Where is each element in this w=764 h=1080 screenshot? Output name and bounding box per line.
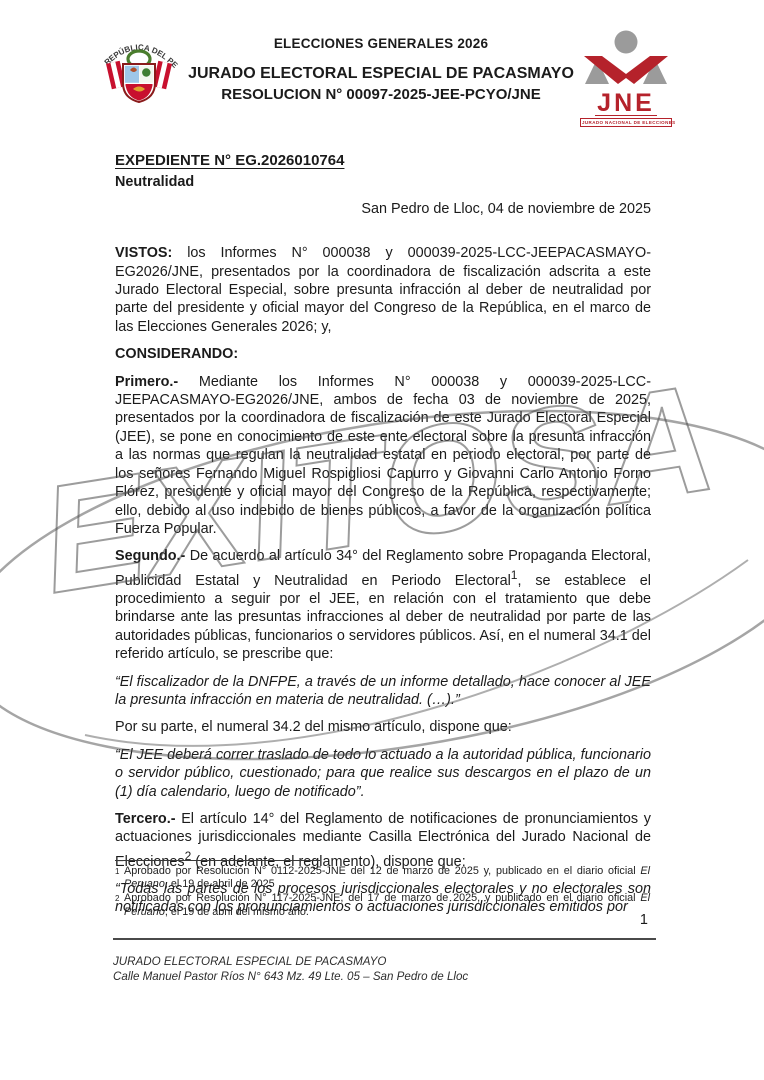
footnote-2-tail: , el 19 de abril del mismo año. xyxy=(165,906,309,918)
footnote-1-tail: , el 19 de abril de 2025 xyxy=(165,878,275,890)
footnote-1: 1 Aprobado por Resolución N° 0112-2025-J… xyxy=(115,865,650,891)
footnote-2: 2 Aprobado por Resolución N° 117-2025-JN… xyxy=(115,892,650,918)
footer-org-name: JURADO ELECTORAL ESPECIAL DE PACASMAYO xyxy=(113,954,656,969)
quote-34-1: “El fiscalizador de la DNFPE, a través d… xyxy=(115,673,651,710)
segundo-label: Segundo.- xyxy=(115,548,185,564)
document-page: EXITOSA REPÚBLICA DEL PERÚ xyxy=(0,0,764,1080)
footnote-divider xyxy=(115,860,320,861)
resolution-number: RESOLUCION N° 00097-2025-JEE-PCYO/JNE xyxy=(182,86,580,103)
vistos-paragraph: VISTOS: los Informes N° 000038 y 000039-… xyxy=(115,244,651,336)
expediente-number: EXPEDIENTE N° EG.2026010764 xyxy=(115,152,651,170)
footnotes-section: 1 Aprobado por Resolución N° 0112-2025-J… xyxy=(115,860,650,920)
jne-caption: JURADO NACIONAL DE ELECCIONES xyxy=(580,118,672,127)
dateline: San Pedro de Lloc, 04 de noviembre de 20… xyxy=(115,200,651,218)
jne-acronym: JNE xyxy=(595,91,657,116)
primero-paragraph: Primero.- Mediante los Informes N° 00003… xyxy=(115,373,651,539)
election-title: ELECCIONES GENERALES 2026 xyxy=(182,36,580,51)
jne-emblem-icon xyxy=(582,30,670,86)
footnote-2-text: Aprobado por Resolución N° 117-2025-JNE,… xyxy=(124,892,650,918)
tercero-label: Tercero.- xyxy=(115,811,176,827)
peru-coat-of-arms-logo: REPÚBLICA DEL PERÚ xyxy=(96,26,182,127)
quote-34-2: “El JEE deberá correr traslado de todo l… xyxy=(115,746,651,801)
vistos-label: VISTOS: xyxy=(115,245,172,261)
vistos-text: los Informes N° 000038 y 000039-2025-LCC… xyxy=(115,245,651,335)
footnote-1-text: Aprobado por Resolución N° 0112-2025-JNE… xyxy=(124,865,650,891)
por-su-parte-paragraph: Por su parte, el numeral 34.2 del mismo … xyxy=(115,718,651,736)
considerando-heading: CONSIDERANDO: xyxy=(115,345,651,363)
document-header: REPÚBLICA DEL PERÚ xyxy=(96,26,672,127)
primero-label: Primero.- xyxy=(115,374,178,390)
page-footer: JURADO ELECTORAL ESPECIAL DE PACASMAYO C… xyxy=(113,938,656,984)
header-titles: ELECCIONES GENERALES 2026 JURADO ELECTOR… xyxy=(182,26,580,103)
primero-text: Mediante los Informes N° 000038 y 000039… xyxy=(115,374,651,537)
segundo-paragraph: Segundo.- De acuerdo al artículo 34° del… xyxy=(115,547,651,663)
footer-divider xyxy=(113,938,656,940)
page-number: 1 xyxy=(640,912,648,928)
document-body: EXPEDIENTE N° EG.2026010764 Neutralidad … xyxy=(115,152,651,926)
footnote-2-body: Aprobado por Resolución N° 117-2025-JNE,… xyxy=(124,892,640,904)
peru-coat-of-arms-icon: REPÚBLICA DEL PERÚ xyxy=(96,26,182,122)
footnote-1-body: Aprobado por Resolución N° 0112-2025-JNE… xyxy=(124,865,640,877)
case-subject: Neutralidad xyxy=(115,173,651,191)
footnote-1-marker: 1 xyxy=(115,865,124,891)
organization-name: JURADO ELECTORAL ESPECIAL DE PACASMAYO xyxy=(182,65,580,83)
footer-address: Calle Manuel Pastor Ríos N° 643 Mz. 49 L… xyxy=(113,969,656,984)
jne-logo: JNE JURADO NACIONAL DE ELECCIONES xyxy=(580,26,672,127)
footnote-2-marker: 2 xyxy=(115,892,124,918)
